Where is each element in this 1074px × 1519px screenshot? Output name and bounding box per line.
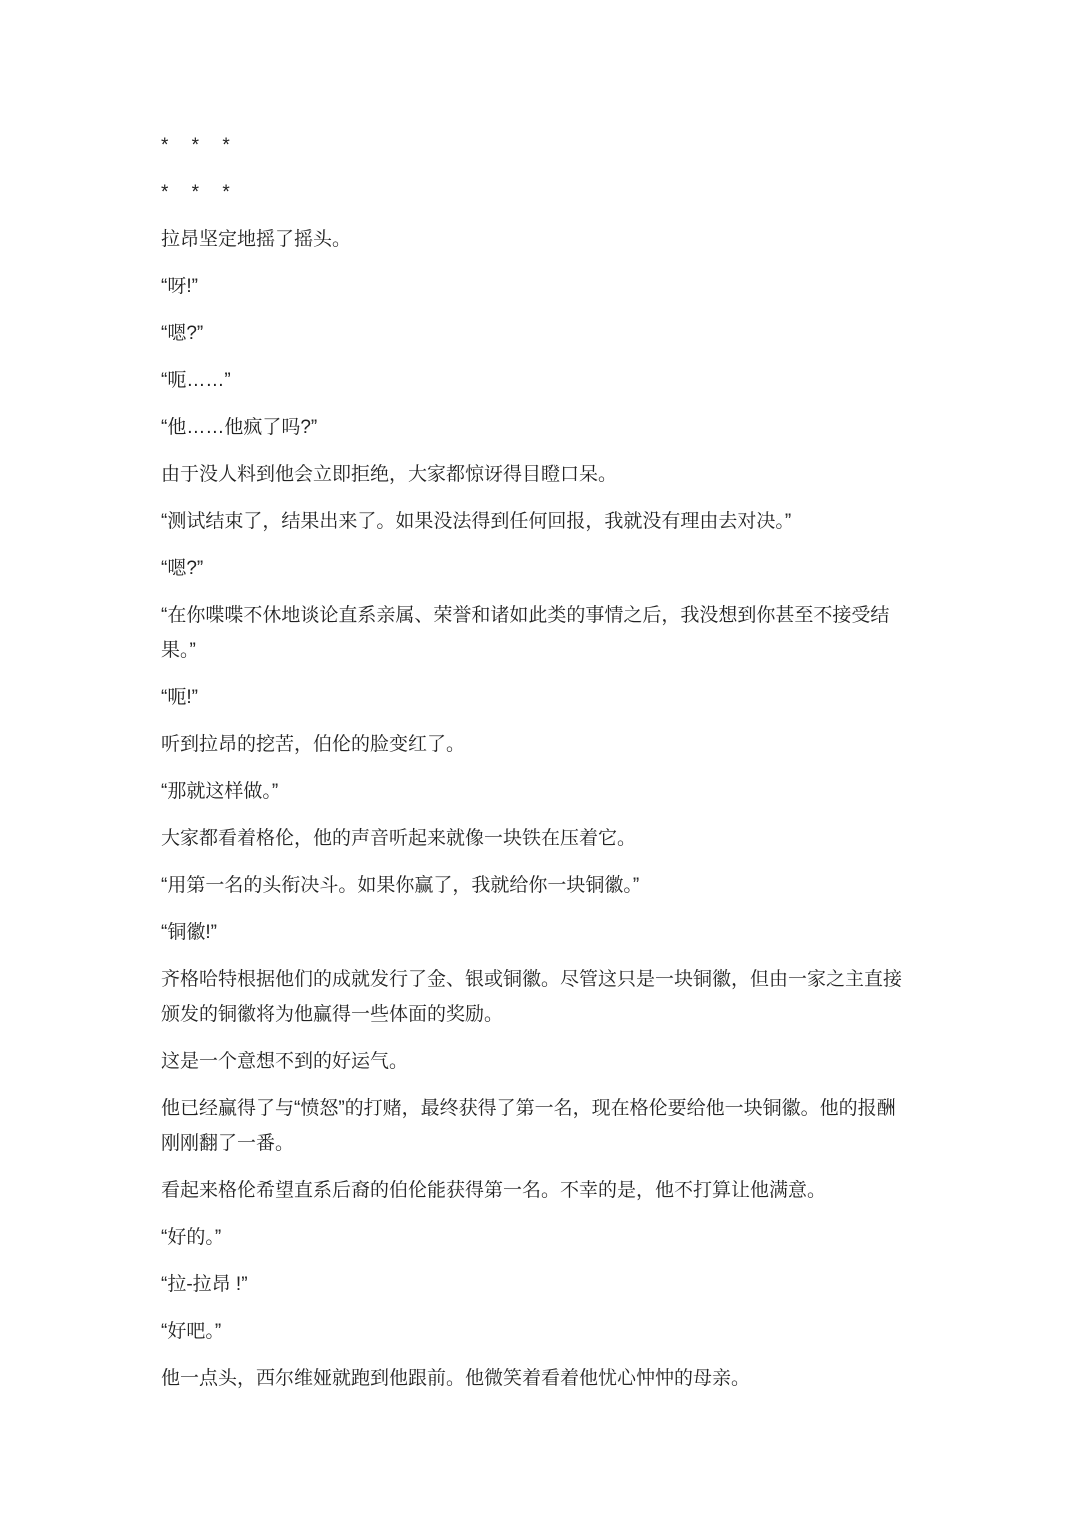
document-body: * * ** * *拉昂坚定地摇了摇头。“呀!”“嗯?”“呃……”“他……他疯了… <box>161 128 911 1396</box>
paragraph: 他一点头，西尔维娅就跑到他跟前。他微笑着看着他忧心忡忡的母亲。 <box>161 1361 911 1396</box>
paragraph: “拉-拉昂 !” <box>161 1267 911 1302</box>
paragraph: 听到拉昂的挖苦，伯伦的脸变红了。 <box>161 727 911 762</box>
paragraph: 看起来格伦希望直系后裔的伯伦能获得第一名。不幸的是，他不打算让他满意。 <box>161 1173 911 1208</box>
paragraph: “测试结束了，结果出来了。如果没法得到任何回报，我就没有理由去对决。” <box>161 504 911 539</box>
section-divider: * * * <box>161 175 911 210</box>
paragraph: 他已经赢得了与“愤怒”的打赌，最终获得了第一名，现在格伦要给他一块铜徽。他的报酬… <box>161 1091 911 1161</box>
paragraph: “嗯?” <box>161 316 911 351</box>
paragraph: 拉昂坚定地摇了摇头。 <box>161 222 911 257</box>
paragraph: “呀!” <box>161 269 911 304</box>
paragraph: “在你喋喋不休地谈论直系亲属、荣誉和诸如此类的事情之后，我没想到你甚至不接受结果… <box>161 598 911 668</box>
paragraph: “铜徽!” <box>161 915 911 950</box>
paragraph: 齐格哈特根据他们的成就发行了金、银或铜徽。尽管这只是一块铜徽，但由一家之主直接颁… <box>161 962 911 1032</box>
document-page: * * ** * *拉昂坚定地摇了摇头。“呀!”“嗯?”“呃……”“他……他疯了… <box>0 0 1074 1519</box>
paragraph: “他……他疯了吗?” <box>161 410 911 445</box>
paragraph: “好的。” <box>161 1220 911 1255</box>
section-divider: * * * <box>161 128 911 163</box>
paragraph: “呃!” <box>161 680 911 715</box>
paragraph: 由于没人料到他会立即拒绝，大家都惊讶得目瞪口呆。 <box>161 457 911 492</box>
paragraph: “呃……” <box>161 363 911 398</box>
paragraph: 大家都看着格伦，他的声音听起来就像一块铁在压着它。 <box>161 821 911 856</box>
paragraph: “好吧。” <box>161 1314 911 1349</box>
paragraph: “嗯?” <box>161 551 911 586</box>
paragraph: 这是一个意想不到的好运气。 <box>161 1044 911 1079</box>
paragraph: “用第一名的头衔决斗。如果你赢了，我就给你一块铜徽。” <box>161 868 911 903</box>
paragraph: “那就这样做。” <box>161 774 911 809</box>
